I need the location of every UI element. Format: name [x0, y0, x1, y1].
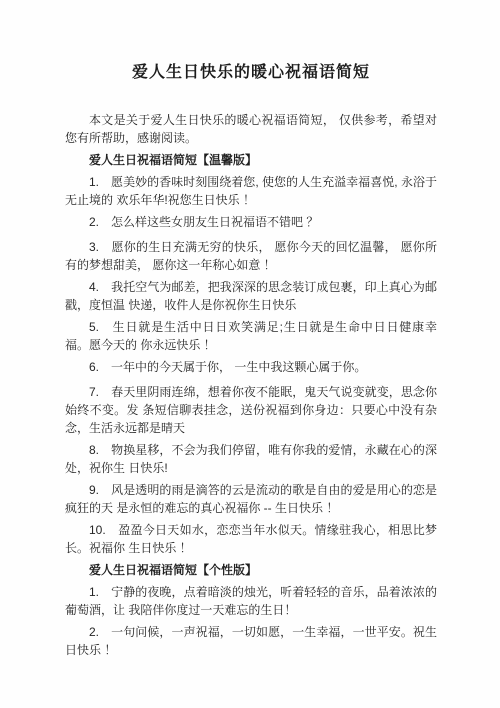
section-heading-personality: 爱人生日祝福语简短【个性版】	[65, 561, 437, 579]
wish-item: 9. 风是透明的雨是滴答的云是流动的歌是自由的爱是用心的恋是疯狂的天 是永恒的难…	[65, 481, 437, 517]
wish-item: 4. 我托空气为邮差，把我深深的思念装订成包裹，印上真心为邮戳，度恒温 快递，收…	[65, 278, 437, 314]
wish-item: 3. 愿你的生日充满无穷的快乐， 愿你今天的回忆温馨， 愿你所有的梦想甜美， 愿…	[65, 238, 437, 274]
wish-item: 2. 怎么样这些女朋友生日祝福语不错吧 ？	[65, 213, 437, 231]
wish-item: 7. 春天里阴雨连绵，想着你夜不能眠，鬼天气说变就变，思念你始终不变。发 条短信…	[65, 383, 437, 437]
wish-item: 2. 一句问候，一声祝福，一切如愿，一生幸福，一世平安。祝生日快乐 ！	[65, 623, 437, 659]
document-page: 爱人生日快乐的暖心祝福语简短 本文是关于爱人生日快乐的暖心祝福语简短， 仅供参考…	[0, 0, 500, 708]
intro-paragraph: 本文是关于爱人生日快乐的暖心祝福语简短， 仅供参考，希望对您有所帮助，感谢阅读。	[65, 111, 437, 147]
section-heading-warm: 爱人生日祝福语简短【温馨版】	[65, 151, 437, 169]
wish-item: 5. 生日就是生活中日日欢笑满足;生日就是生命中日日健康幸福。愿今天的 你永远快…	[65, 318, 437, 354]
wish-item: 6. 一年中的今天属于你， 一生中我这颗心属于你。	[65, 358, 437, 376]
wish-item: 1. 愿美妙的香味时刻围绕着您, 使您的人生充溢幸福喜悦, 永浴于无止境的 欢乐…	[65, 173, 437, 209]
wish-item: 8. 物换星移，不会为我们停留，唯有你我的爱情，永藏在心的深处，祝你生 日快乐!	[65, 441, 437, 477]
wish-item: 10. 盈盈今日天如水，恋恋当年水似天。情缘驻我心，相思比梦长。祝福你 生日快乐…	[65, 521, 437, 557]
page-title: 爱人生日快乐的暖心祝福语简短	[65, 62, 437, 84]
wish-item: 1. 宁静的夜晚，点着暗淡的烛光，听着轻轻的音乐，品着浓浓的葡萄酒，让 我陪伴你…	[65, 583, 437, 619]
